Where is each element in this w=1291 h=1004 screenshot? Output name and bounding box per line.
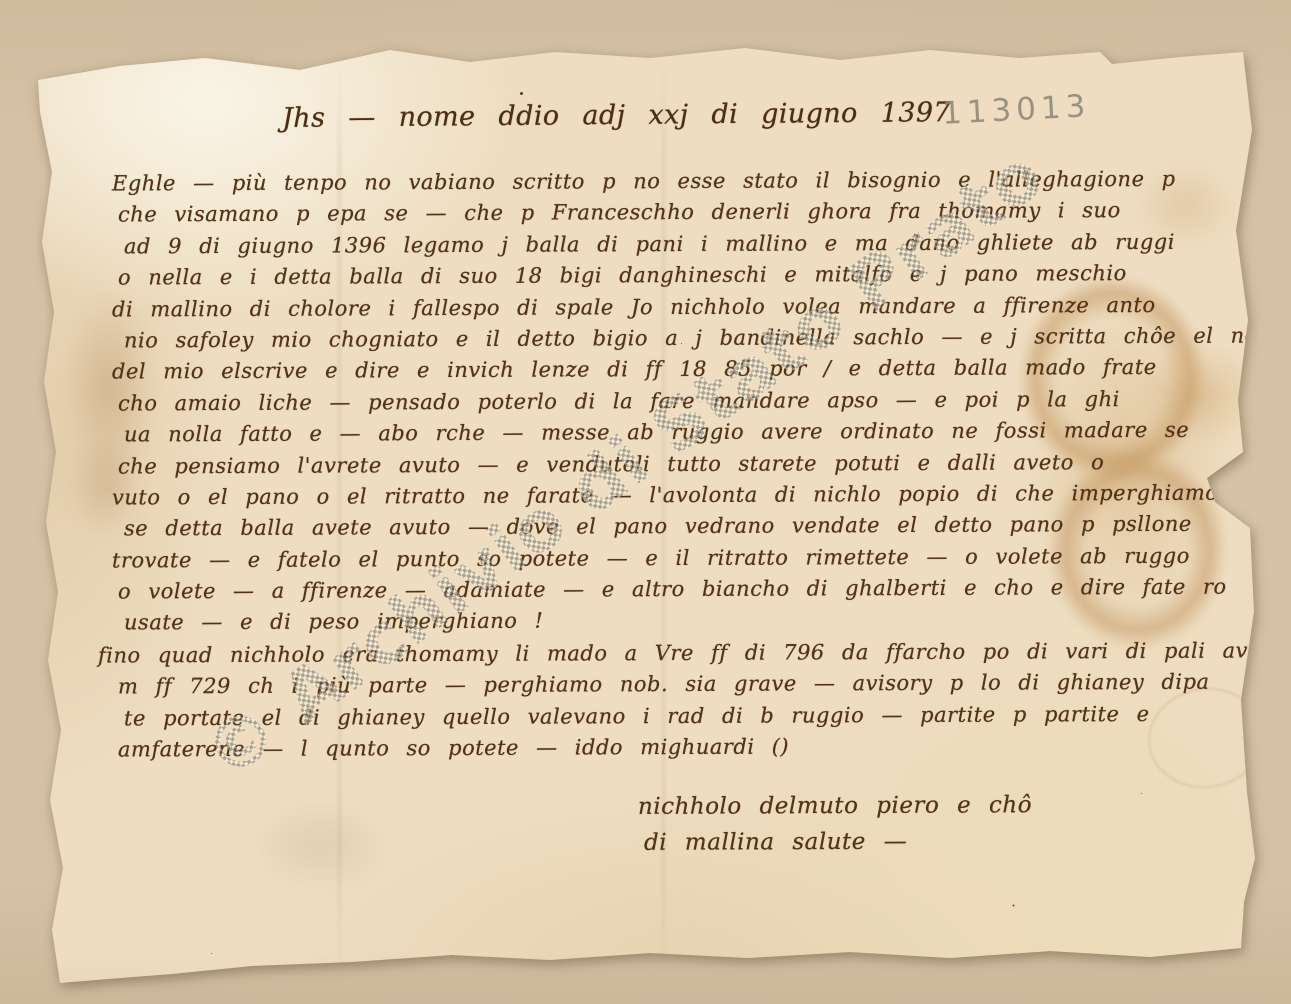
manuscript-text-line: di mallino di cholore i fallespo di spal… xyxy=(112,289,1247,325)
manuscript-text-line: se detta balla avete avuto — dove el pan… xyxy=(112,509,1247,545)
signature-block: nichholo delmuto piero e chôdi mallina s… xyxy=(638,788,1032,860)
date-header-line: Jhs — nome ddio adj xxj di giugno 1397 xyxy=(282,97,951,134)
signature-line: di mallina salute — xyxy=(638,823,1032,861)
manuscript-text-line: ad 9 di giugno 1396 legamo j balla di pa… xyxy=(112,226,1247,262)
manuscript-paper-wrapper: Jhs — nome ddio adj xxj di giugno 1397 1… xyxy=(0,0,1291,1004)
manuscript-text-line: che visamano p epa se — che p Franceschh… xyxy=(112,195,1247,231)
archive-inventory-number: 113013 xyxy=(941,88,1091,132)
manuscript-text-line: usate — e di peso imperghiano ! xyxy=(112,603,1247,639)
signature-line: nichholo delmuto piero e chô xyxy=(638,787,1032,825)
manuscript-text-line: o nella e i detta balla di suo 18 bigi d… xyxy=(112,258,1247,294)
ink-specks xyxy=(520,92,523,95)
smudge-stain xyxy=(235,790,405,900)
manuscript-text-line: trovate — e fatelo el punto so potete — … xyxy=(112,540,1247,576)
scanned-manuscript-page: { "page": { "archive_number": "113013", … xyxy=(0,0,1291,1004)
manuscript-paper-sheet: Jhs — nome ddio adj xxj di giugno 1397 1… xyxy=(0,0,1291,1004)
